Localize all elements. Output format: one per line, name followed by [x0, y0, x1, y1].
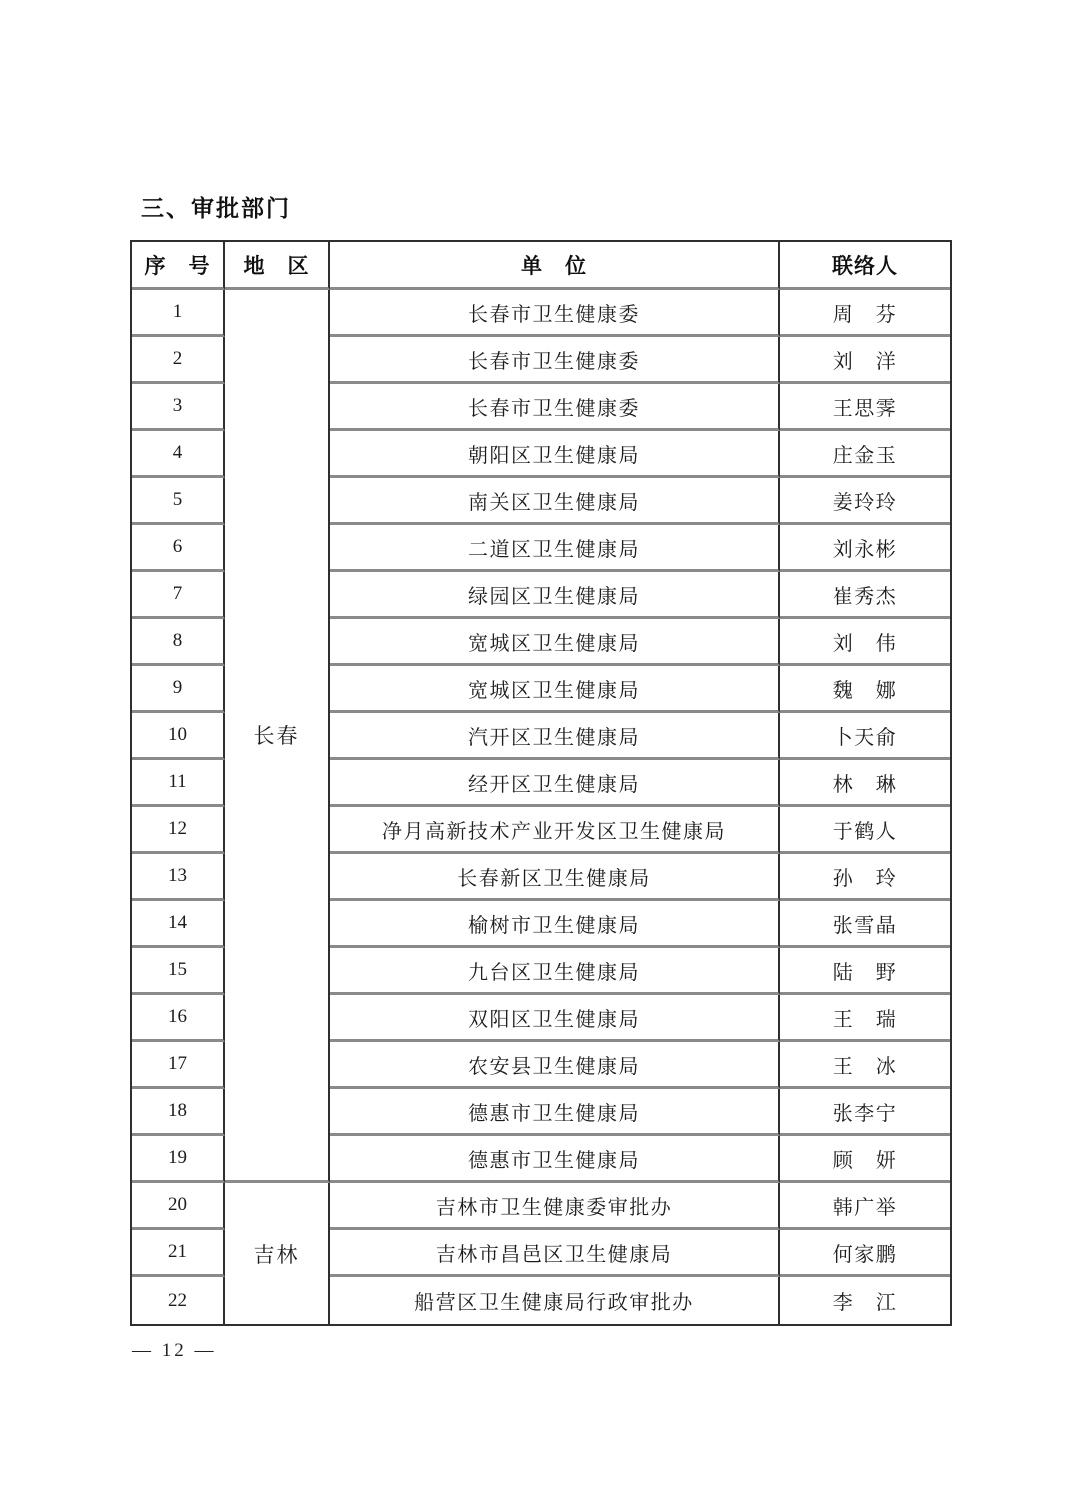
serial-number-cell: 6: [132, 525, 225, 572]
header-serial-number: 序 号: [132, 242, 225, 290]
header-unit: 单 位: [330, 242, 780, 290]
serial-number-cell: 14: [132, 901, 225, 948]
unit-cell: 净月高新技术产业开发区卫生健康局: [330, 807, 780, 854]
unit-cell: 南关区卫生健康局: [330, 478, 780, 525]
unit-cell: 榆树市卫生健康局: [330, 901, 780, 948]
contact-person-cell: 姜玲玲: [780, 478, 950, 525]
contact-person-cell: 张李宁: [780, 1089, 950, 1136]
header-contact-person: 联络人: [780, 242, 950, 290]
unit-cell: 宽城区卫生健康局: [330, 666, 780, 713]
serial-number-cell: 19: [132, 1136, 225, 1183]
contact-person-cell: 李 江: [780, 1277, 950, 1324]
contact-person-cell: 刘 伟: [780, 619, 950, 666]
contact-person-cell: 何家鹏: [780, 1230, 950, 1277]
table-header-row: 序 号 地 区 单 位 联络人: [132, 242, 950, 290]
unit-cell: 双阳区卫生健康局: [330, 995, 780, 1042]
unit-cell: 德惠市卫生健康局: [330, 1136, 780, 1183]
contact-person-cell: 卜天俞: [780, 713, 950, 760]
document-page: 三、审批部门 序 号 地 区 单 位 联络人 1长春长春市卫生健康委周 芬2长春…: [0, 0, 1079, 1496]
unit-cell: 吉林市昌邑区卫生健康局: [330, 1230, 780, 1277]
serial-number-cell: 4: [132, 431, 225, 478]
unit-cell: 经开区卫生健康局: [330, 760, 780, 807]
header-region: 地 区: [225, 242, 330, 290]
serial-number-cell: 3: [132, 384, 225, 431]
serial-number-cell: 1: [132, 290, 225, 337]
unit-cell: 绿园区卫生健康局: [330, 572, 780, 619]
unit-cell: 二道区卫生健康局: [330, 525, 780, 572]
contact-person-cell: 韩广举: [780, 1183, 950, 1230]
serial-number-cell: 2: [132, 337, 225, 384]
contact-person-cell: 庄金玉: [780, 431, 950, 478]
serial-number-cell: 20: [132, 1183, 225, 1230]
serial-number-cell: 10: [132, 713, 225, 760]
serial-number-cell: 22: [132, 1277, 225, 1324]
contact-person-cell: 魏 娜: [780, 666, 950, 713]
serial-number-cell: 9: [132, 666, 225, 713]
contact-person-cell: 王 瑞: [780, 995, 950, 1042]
unit-cell: 长春市卫生健康委: [330, 290, 780, 337]
contact-person-cell: 崔秀杰: [780, 572, 950, 619]
contact-person-cell: 陆 野: [780, 948, 950, 995]
serial-number-cell: 5: [132, 478, 225, 525]
unit-cell: 汽开区卫生健康局: [330, 713, 780, 760]
contact-person-cell: 王 冰: [780, 1042, 950, 1089]
region-cell: 长春: [225, 290, 330, 1183]
contact-person-cell: 林 琳: [780, 760, 950, 807]
unit-cell: 长春市卫生健康委: [330, 384, 780, 431]
section-title: 三、审批部门: [141, 190, 291, 223]
contact-person-cell: 张雪晶: [780, 901, 950, 948]
serial-number-cell: 11: [132, 760, 225, 807]
contact-person-cell: 顾 妍: [780, 1136, 950, 1183]
unit-cell: 宽城区卫生健康局: [330, 619, 780, 666]
page-number: — 12 —: [132, 1340, 217, 1362]
contact-person-cell: 王思霁: [780, 384, 950, 431]
serial-number-cell: 7: [132, 572, 225, 619]
unit-cell: 德惠市卫生健康局: [330, 1089, 780, 1136]
approval-table-grid: 序 号 地 区 单 位 联络人 1长春长春市卫生健康委周 芬2长春市卫生健康委刘…: [132, 242, 950, 1324]
serial-number-cell: 13: [132, 854, 225, 901]
unit-cell: 长春新区卫生健康局: [330, 854, 780, 901]
serial-number-cell: 21: [132, 1230, 225, 1277]
unit-cell: 长春市卫生健康委: [330, 337, 780, 384]
region-cell: 吉林: [225, 1183, 330, 1324]
serial-number-cell: 8: [132, 619, 225, 666]
contact-person-cell: 孙 玲: [780, 854, 950, 901]
contact-person-cell: 于鹤人: [780, 807, 950, 854]
unit-cell: 朝阳区卫生健康局: [330, 431, 780, 478]
table-row: 20吉林吉林市卫生健康委审批办韩广举: [132, 1183, 950, 1230]
serial-number-cell: 15: [132, 948, 225, 995]
contact-person-cell: 刘永彬: [780, 525, 950, 572]
table-body: 1长春长春市卫生健康委周 芬2长春市卫生健康委刘 洋3长春市卫生健康委王思霁4朝…: [132, 290, 950, 1324]
contact-person-cell: 刘 洋: [780, 337, 950, 384]
table-row: 1长春长春市卫生健康委周 芬: [132, 290, 950, 337]
serial-number-cell: 18: [132, 1089, 225, 1136]
serial-number-cell: 17: [132, 1042, 225, 1089]
approval-table: 序 号 地 区 单 位 联络人 1长春长春市卫生健康委周 芬2长春市卫生健康委刘…: [130, 240, 952, 1326]
serial-number-cell: 12: [132, 807, 225, 854]
serial-number-cell: 16: [132, 995, 225, 1042]
unit-cell: 农安县卫生健康局: [330, 1042, 780, 1089]
contact-person-cell: 周 芬: [780, 290, 950, 337]
unit-cell: 船营区卫生健康局行政审批办: [330, 1277, 780, 1324]
unit-cell: 九台区卫生健康局: [330, 948, 780, 995]
unit-cell: 吉林市卫生健康委审批办: [330, 1183, 780, 1230]
